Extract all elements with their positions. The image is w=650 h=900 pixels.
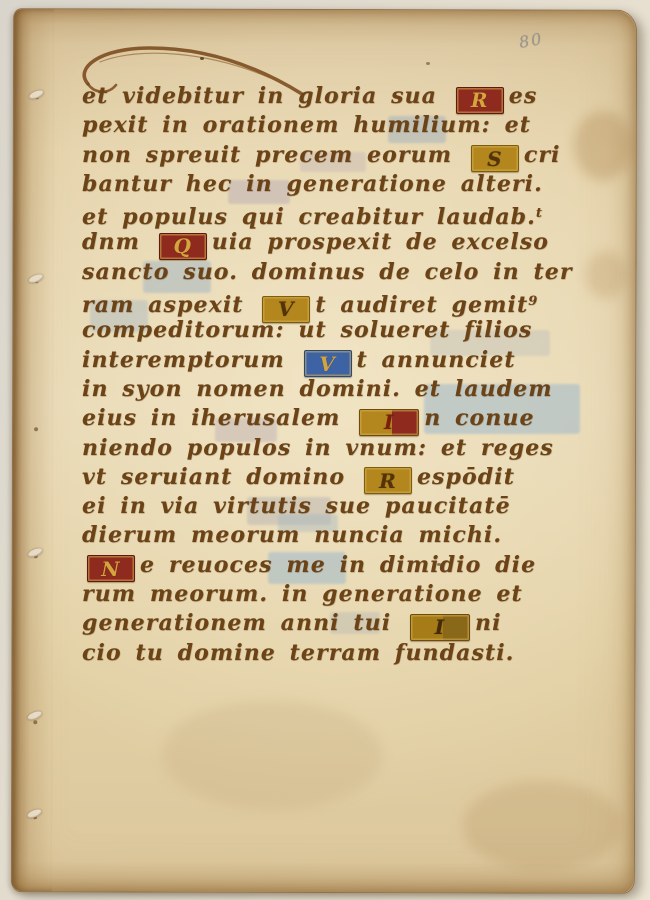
script-run: pexit in orationem humilium: et bbox=[82, 112, 531, 138]
text-line: dierum meorum nuncia michi. bbox=[82, 521, 582, 550]
script-run: et videbitur in gloria sua bbox=[82, 83, 451, 109]
script-run: ei in via virtutis sue paucitatē bbox=[82, 493, 511, 519]
illuminated-initial: V bbox=[304, 350, 352, 377]
script-run: compeditorum: ut solueret filios bbox=[82, 317, 532, 343]
text-line: eius in iherusalem In conue bbox=[82, 404, 582, 433]
illuminated-initial: I bbox=[359, 409, 419, 436]
stain bbox=[585, 251, 627, 299]
script-run: ram aspexit bbox=[82, 292, 257, 318]
illuminated-initial: N bbox=[87, 555, 135, 582]
stain bbox=[462, 780, 622, 870]
text-line: sancto suo. dominus de celo in ter bbox=[82, 258, 582, 287]
initial-letter: Q bbox=[173, 236, 192, 256]
text-line: compeditorum: ut solueret filios bbox=[82, 316, 582, 345]
script-run: eius in iherusalem bbox=[82, 405, 354, 431]
script-run: es bbox=[509, 83, 538, 109]
text-line: bantur hec in generatione alteri. bbox=[82, 170, 582, 199]
illuminated-initial: R bbox=[456, 87, 504, 114]
sewing-hole bbox=[33, 720, 37, 724]
script-run: generationem anni tui bbox=[82, 610, 405, 636]
ink-speck bbox=[426, 62, 430, 65]
superscript-abbreviation: 9 bbox=[528, 294, 537, 309]
script-run: t annunciet bbox=[357, 347, 516, 373]
initial-letter: N bbox=[101, 559, 120, 579]
illuminated-initial: I bbox=[410, 614, 470, 641]
text-line: ei in via virtutis sue paucitatē bbox=[82, 492, 582, 521]
script-run: e reuoces me in dimidio die bbox=[140, 552, 536, 578]
text-line: in syon nomen domini. et laudem bbox=[82, 375, 582, 404]
initial-letter: I bbox=[435, 617, 445, 637]
text-line: cio tu domine terram fundasti. bbox=[82, 639, 582, 668]
script-run: rum meorum. in generatione et bbox=[82, 581, 523, 607]
ink-speck bbox=[200, 57, 204, 60]
text-line: interemptorum Vt annunciet bbox=[82, 346, 582, 375]
illuminated-initial: S bbox=[471, 145, 519, 172]
binding-gutter bbox=[12, 9, 54, 891]
stain bbox=[162, 700, 382, 811]
script-run: ni bbox=[475, 610, 502, 636]
text-line: et populus qui creabitur laudab.t bbox=[82, 199, 582, 228]
text-line: pexit in orationem humilium: et bbox=[82, 111, 582, 140]
script-run: et populus qui creabitur laudab. bbox=[82, 204, 536, 230]
text-line: generationem anni tui Ini bbox=[82, 609, 582, 638]
text-line: ram aspexit Vt audiret gemit9 bbox=[82, 287, 582, 316]
illuminated-initial: Q bbox=[159, 233, 207, 260]
script-run: n conue bbox=[424, 405, 534, 431]
script-run: interemptorum bbox=[82, 347, 299, 373]
text-block: et videbitur in gloria sua Respexit in o… bbox=[82, 82, 582, 668]
script-run: t audiret gemit bbox=[315, 292, 528, 318]
script-run: in syon nomen domini. et laudem bbox=[82, 376, 553, 402]
text-line: Ne reuoces me in dimidio die bbox=[82, 551, 582, 580]
text-line: non spreuit precem eorum Scri bbox=[82, 141, 582, 170]
initial-letter: I bbox=[384, 412, 394, 432]
stain bbox=[574, 111, 632, 181]
initial-letter: V bbox=[319, 354, 336, 374]
text-line: vt seruiant domino Respōdit bbox=[82, 463, 582, 492]
script-run: cio tu domine terram fundasti. bbox=[82, 640, 514, 666]
illuminated-initial: R bbox=[364, 467, 412, 494]
script-run: vt seruiant domino bbox=[82, 464, 359, 490]
initial-letter: S bbox=[487, 149, 503, 169]
text-line: rum meorum. in generatione et bbox=[82, 580, 582, 609]
text-line: niendo populos in vnum: et reges bbox=[82, 434, 582, 463]
script-run: niendo populos in vnum: et reges bbox=[82, 435, 554, 461]
manuscript-photo: et videbitur in gloria sua Respexit in o… bbox=[0, 0, 650, 900]
script-run: cri bbox=[524, 142, 561, 168]
script-run: non spreuit precem eorum bbox=[82, 142, 466, 168]
script-run: espōdit bbox=[417, 464, 515, 490]
script-run: dierum meorum nuncia michi. bbox=[82, 522, 502, 548]
script-run: dnm bbox=[82, 229, 154, 255]
superscript-abbreviation: t bbox=[536, 206, 542, 221]
script-run: uia prospexit de excelso bbox=[212, 229, 549, 255]
sewing-hole bbox=[34, 427, 38, 431]
text-line: dnm Quia prospexit de excelso bbox=[82, 228, 582, 257]
script-run: sancto suo. dominus de celo in ter bbox=[82, 259, 573, 285]
script-run: bantur hec in generatione alteri. bbox=[82, 171, 543, 197]
initial-letter: R bbox=[379, 471, 397, 491]
initial-letter: R bbox=[471, 90, 489, 110]
text-line: et videbitur in gloria sua Res bbox=[82, 82, 582, 111]
